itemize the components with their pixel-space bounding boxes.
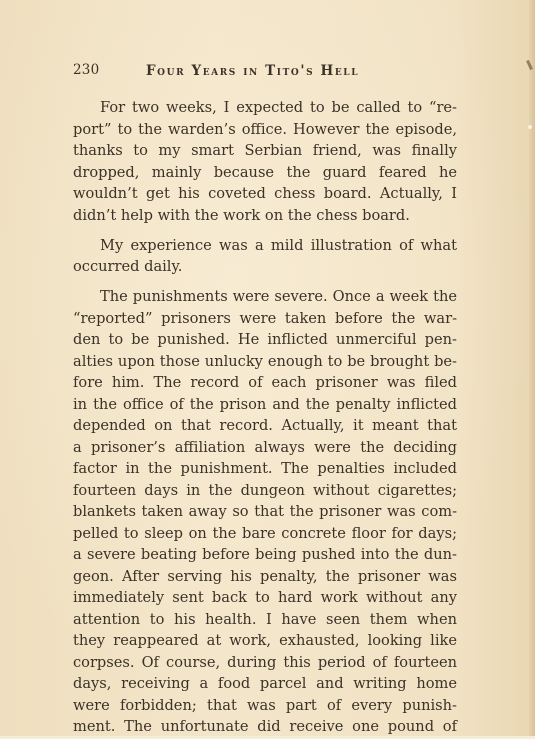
text-line: For two weeks, I expected to be called t… (100, 97, 457, 119)
paragraph: For two weeks, I expected to be called t… (73, 97, 457, 226)
book-page: 230 Four Years in Tito's Hell For two we… (0, 0, 535, 739)
text-line: were forbidden; that was part of every p… (73, 695, 457, 717)
text-line: corpses. Of course, during this period o… (73, 652, 457, 674)
text-line: geon. After serving his penalty, the pri… (73, 566, 457, 588)
text-line: fourteen days in the dungeon without cig… (73, 480, 457, 502)
text-line: factor in the punishment. The penalties … (73, 458, 457, 480)
page-edge (529, 0, 535, 739)
page-number: 230 (73, 62, 99, 78)
text-line: pelled to sleep on the bare concrete flo… (73, 523, 457, 545)
paragraph: The punishments were severe. Once a week… (73, 286, 457, 738)
text-line: in the office of the prison and the pena… (73, 394, 457, 416)
text-line: port” to the warden’s office. However th… (73, 119, 457, 141)
body-text: For two weeks, I expected to be called t… (73, 97, 457, 739)
text-line: thanks to my smart Serbian friend, was f… (73, 140, 457, 162)
text-line: My experience was a mild illustration of… (100, 235, 457, 257)
text-line: den to be punished. He inflicted unmerci… (73, 329, 457, 351)
paragraph: My experience was a mild illustration of… (73, 235, 457, 278)
page-blemish (528, 125, 532, 129)
text-line: fore him. The record of each prisoner wa… (73, 372, 457, 394)
text-line: attention to his health. I have seen the… (73, 609, 457, 631)
text-line: The punishments were severe. Once a week… (100, 286, 457, 308)
running-title: Four Years in Tito's Hell (146, 63, 359, 79)
text-line: days, receiving a food parcel and writin… (73, 673, 457, 695)
text-line: occurred daily. (73, 256, 457, 278)
text-line: blankets taken away so that the prisoner… (73, 501, 457, 523)
text-line: dropped, mainly because the guard feared… (73, 162, 457, 184)
text-line: immediately sent back to hard work witho… (73, 587, 457, 609)
text-line: ment. The unfortunate did receive one po… (73, 716, 457, 738)
text-line: alties upon those unlucky enough to be b… (73, 351, 457, 373)
text-line: wouldn’t get his coveted chess board. Ac… (73, 183, 457, 205)
running-header: 230 Four Years in Tito's Hell (73, 62, 457, 82)
text-line: didn’t help with the work on the chess b… (73, 205, 457, 227)
text-line: a severe beating before being pushed int… (73, 544, 457, 566)
text-line: they reappeared at work, exhausted, look… (73, 630, 457, 652)
text-line: depended on that record. Actually, it me… (73, 415, 457, 437)
text-line: a prisoner’s affiliation always were the… (73, 437, 457, 459)
text-line: “reported” prisoners were taken before t… (73, 308, 457, 330)
